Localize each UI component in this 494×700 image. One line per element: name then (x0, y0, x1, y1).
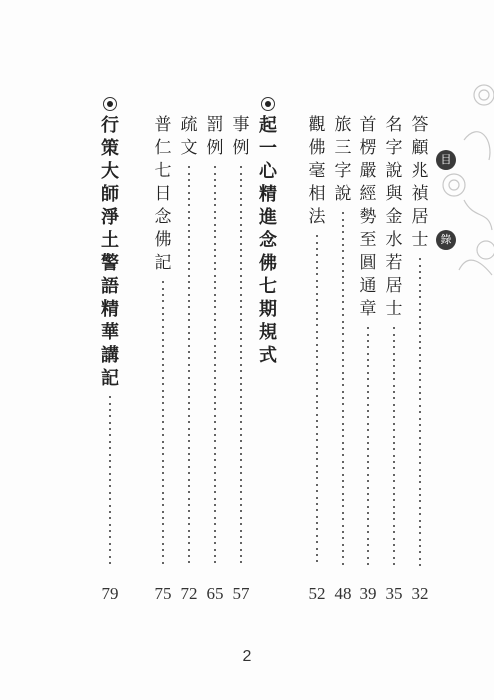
toc-entry-char: 佛 (155, 229, 172, 252)
toc-entry-char: 說 (335, 183, 352, 206)
toc-entry-char: 首 (360, 114, 377, 137)
dot-leader (342, 210, 344, 567)
toc-entry-char: 三 (335, 137, 352, 160)
toc-entry-char: 楞 (360, 137, 377, 160)
toc-page-number[interactable]: 48 (328, 584, 358, 604)
toc-entry-char: 普 (155, 114, 172, 137)
toc-entry-char: 一 (259, 137, 277, 160)
toc-entry-char: 居 (386, 275, 403, 298)
section-badge-mu: 目 (436, 150, 456, 170)
toc-entry-char: 華 (101, 321, 119, 344)
toc-entry-char: 七 (259, 275, 277, 298)
toc-section-heading[interactable]: 起一心精進念佛七期規式 (256, 114, 280, 367)
toc-entry-char: 大 (101, 160, 119, 183)
toc-page-number[interactable]: 75 (148, 584, 178, 604)
toc-entry-char: 章 (360, 298, 377, 321)
toc-entry-char: 居 (412, 206, 429, 229)
toc-entry[interactable]: 罰例 (203, 114, 227, 566)
toc-entry-char: 疏 (181, 114, 198, 137)
toc-entry-char: 精 (259, 183, 277, 206)
toc-entry-char: 與 (386, 183, 403, 206)
dot-leader (240, 164, 242, 566)
toc-entry-char: 相 (309, 183, 326, 206)
toc-entry-char: 答 (412, 114, 429, 137)
toc-entry-char: 事 (233, 114, 250, 137)
toc-entry[interactable]: 旅三字說 (331, 114, 355, 567)
decorative-floral-border: 目 錄 (434, 80, 494, 280)
toc-entry-char: 兆 (412, 160, 429, 183)
toc-entry[interactable]: 普仁七日念佛記 (151, 114, 175, 566)
toc-entry-char: 心 (259, 160, 277, 183)
dot-leader (162, 279, 164, 566)
dot-leader (188, 164, 190, 566)
dot-leader (393, 325, 395, 567)
toc-entry-char: 觀 (309, 114, 326, 137)
toc-entry-char: 起 (259, 114, 277, 137)
toc-entry-char: 顧 (412, 137, 429, 160)
toc-page-number[interactable]: 32 (405, 584, 435, 604)
dot-leader (109, 394, 111, 566)
page-folio: 2 (0, 648, 494, 666)
toc-entry-char: 字 (335, 160, 352, 183)
toc-entry-char: 淨 (101, 206, 119, 229)
toc-section-heading[interactable]: 行策大師淨土警語精華講記 (98, 114, 122, 566)
toc-page-number[interactable]: 57 (226, 584, 256, 604)
toc-entry-char: 七 (155, 160, 172, 183)
toc-entry-char: 期 (259, 298, 277, 321)
toc-entry-char: 名 (386, 114, 403, 137)
toc-page-number[interactable]: 72 (174, 584, 204, 604)
dot-leader (316, 233, 318, 565)
toc-entry-char: 例 (233, 137, 250, 160)
toc-entry-char: 行 (101, 114, 119, 137)
toc-entry-char: 若 (386, 252, 403, 275)
toc-entry-char: 記 (101, 367, 119, 390)
toc-entry-char: 士 (386, 298, 403, 321)
toc-entry-char: 例 (207, 137, 224, 160)
toc-entry-char: 日 (155, 183, 172, 206)
toc-entry-char: 規 (259, 321, 277, 344)
toc-entry[interactable]: 觀佛毫相法 (305, 114, 329, 565)
section-badge-lu: 錄 (436, 230, 456, 250)
section-bullet-icon (261, 97, 275, 111)
toc-entry-char: 勢 (360, 206, 377, 229)
toc-page-number[interactable]: 79 (95, 584, 125, 604)
toc-entry-char: 罰 (207, 114, 224, 137)
toc-entry-char: 警 (101, 252, 119, 275)
toc-entry-char: 土 (101, 229, 119, 252)
dot-leader (419, 256, 421, 568)
toc-entry-char: 仁 (155, 137, 172, 160)
toc-entry[interactable]: 首楞嚴經勢至圓通章 (356, 114, 380, 567)
toc-entry-char: 毫 (309, 160, 326, 183)
toc-entry-char: 佛 (259, 252, 277, 275)
toc-page-number[interactable]: 65 (200, 584, 230, 604)
toc-entry[interactable]: 事例 (229, 114, 253, 566)
toc-entry[interactable]: 答顧兆禎居士 (408, 114, 432, 568)
toc-entry-char: 水 (386, 229, 403, 252)
toc-entry[interactable]: 名字說與金水若居士 (382, 114, 406, 567)
toc-entry-char: 語 (101, 275, 119, 298)
toc-entry-char: 式 (259, 344, 277, 367)
toc-entry[interactable]: 疏文 (177, 114, 201, 566)
toc-entry-char: 記 (155, 252, 172, 275)
toc-entry-char: 念 (155, 206, 172, 229)
toc-entry-char: 講 (101, 344, 119, 367)
toc-entry-char: 金 (386, 206, 403, 229)
toc-entry-char: 嚴 (360, 160, 377, 183)
toc-entry-char: 佛 (309, 137, 326, 160)
toc-entry-char: 念 (259, 229, 277, 252)
floral-ornament-icon (434, 80, 494, 280)
toc-entry-char: 通 (360, 275, 377, 298)
dot-leader (367, 325, 369, 567)
toc-entry-char: 士 (412, 229, 429, 252)
toc-entry-char: 法 (309, 206, 326, 229)
toc-entry-char: 進 (259, 206, 277, 229)
toc-entry-char: 說 (386, 160, 403, 183)
dot-leader (214, 164, 216, 566)
toc-entry-char: 文 (181, 137, 198, 160)
toc-entry-char: 策 (101, 137, 119, 160)
section-bullet-icon (103, 97, 117, 111)
toc-entry-char: 至 (360, 229, 377, 252)
toc-page-number[interactable]: 35 (379, 584, 409, 604)
toc-entry-char: 字 (386, 137, 403, 160)
toc-entry-char: 經 (360, 183, 377, 206)
toc-entry-char: 禎 (412, 183, 429, 206)
toc-entry-char: 精 (101, 298, 119, 321)
toc-page-number[interactable]: 52 (302, 584, 332, 604)
toc-entry-char: 旅 (335, 114, 352, 137)
toc-entry-char: 師 (101, 183, 119, 206)
toc-entry-char: 圓 (360, 252, 377, 275)
